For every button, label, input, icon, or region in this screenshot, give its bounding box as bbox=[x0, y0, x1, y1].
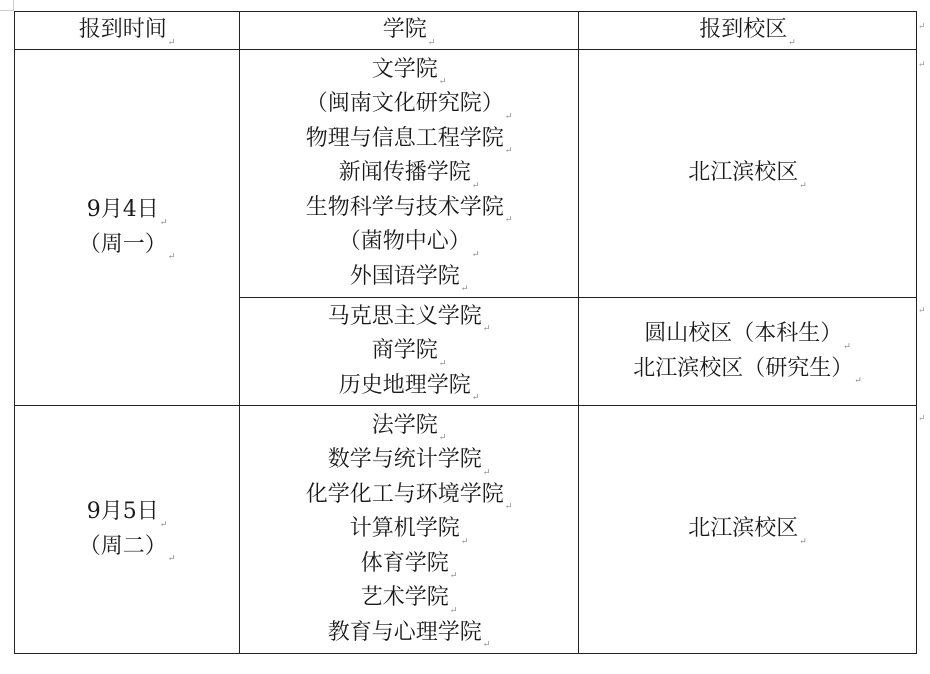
header-college: 学院↵ bbox=[240, 12, 579, 50]
row-end-mark: ↵ bbox=[918, 22, 926, 32]
page-corner-mark bbox=[0, 0, 14, 11]
table-row: 9月5日↵ （周二）↵ 法学院↵ 数学与统计学院↵ 化学化工与环境学院↵ 计算机… bbox=[15, 406, 917, 654]
header-campus: 报到校区↵ bbox=[579, 12, 917, 50]
row-end-mark: ↵ bbox=[918, 60, 926, 70]
college-cell: 法学院↵ 数学与统计学院↵ 化学化工与环境学院↵ 计算机学院↵ 体育学院↵ 艺术… bbox=[240, 406, 579, 654]
date-cell: 9月4日↵ （周一）↵ bbox=[15, 50, 240, 406]
row-end-mark: ↵ bbox=[918, 414, 926, 424]
campus-cell: 圆山校区（本科生）↵ 北江滨校区（研究生）↵ bbox=[579, 298, 917, 406]
college-cell: 马克思主义学院↵ 商学院↵ 历史地理学院↵ bbox=[240, 298, 579, 406]
header-time: 报到时间↵ bbox=[15, 12, 240, 50]
registration-schedule-table: 报到时间↵ 学院↵ 报到校区↵ 9月4日↵ （周一）↵ 文学院↵ （闽南文化研究… bbox=[14, 11, 917, 654]
row-end-mark: ↵ bbox=[918, 306, 926, 316]
table-header-row: 报到时间↵ 学院↵ 报到校区↵ bbox=[15, 12, 917, 50]
table-row: 9月4日↵ （周一）↵ 文学院↵ （闽南文化研究院）↵ 物理与信息工程学院↵ 新… bbox=[15, 50, 917, 298]
college-cell: 文学院↵ （闽南文化研究院）↵ 物理与信息工程学院↵ 新闻传播学院↵ 生物科学与… bbox=[240, 50, 579, 298]
campus-cell: 北江滨校区↵ bbox=[579, 50, 917, 298]
date-cell: 9月5日↵ （周二）↵ bbox=[15, 406, 240, 654]
campus-cell: 北江滨校区↵ bbox=[579, 406, 917, 654]
